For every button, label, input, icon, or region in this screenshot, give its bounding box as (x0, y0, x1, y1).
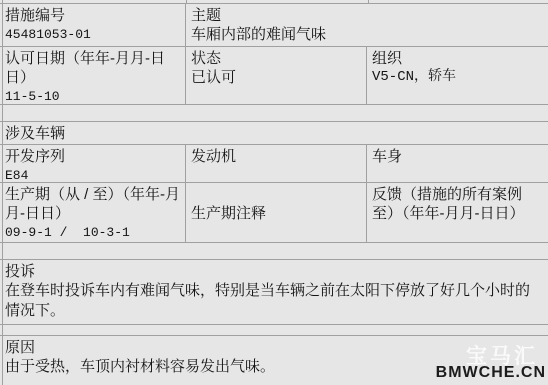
approval-date-label: 认可日期（年年-月月-日日） (5, 49, 181, 87)
section-gap (0, 325, 548, 335)
engine-label: 发动机 (191, 147, 362, 166)
complaint-label: 投诉 (5, 262, 544, 281)
table-row: 认可日期（年年-月月-日日） 11-5-10 状态 已认可 组织 V5-CN，轿… (0, 46, 548, 104)
complaint-text: 在登车时投诉车内有难闻气味，特别是当车辆之前在太阳下停放了好几个小时的情况下。 (5, 281, 544, 321)
dev-series-cell: 开发序列 E84 (0, 145, 186, 182)
dev-series-label: 开发序列 (5, 147, 181, 166)
measure-no-value: 45481053-01 (5, 25, 181, 44)
production-note-cell: 生产期注释 (186, 183, 367, 242)
status-value: 已认可 (191, 68, 362, 87)
watermark-site: BMWCHE.CN (436, 364, 546, 382)
production-period-label: 生产期（从 / 至）（年年-月月-日日） (5, 185, 181, 223)
engine-cell: 发动机 (186, 145, 367, 182)
gridline-stub (368, 0, 369, 3)
section-gap (0, 243, 548, 259)
feedback-label: 反馈（措施的所有案例至）（年年-月月-日日） (372, 185, 544, 223)
measure-document: 措施编号 45481053-01 主题 车厢内部的难闻气味 认可日期（年年-月月… (0, 0, 548, 385)
table-row: 涉及车辆 (0, 122, 548, 144)
subject-value: 车厢内部的难闻气味 (191, 25, 544, 44)
production-period-cell: 生产期（从 / 至）（年年-月月-日日） 09-9-1 / 10-3-1 (0, 183, 186, 242)
body-cell: 车身 (367, 145, 548, 182)
table-row: 措施编号 45481053-01 主题 车厢内部的难闻气味 (0, 4, 548, 46)
gridline-stub (186, 0, 187, 3)
measure-no-cell: 措施编号 45481053-01 (0, 4, 186, 46)
table-row: 开发序列 E84 发动机 车身 (0, 144, 548, 182)
organization-label: 组织 (372, 49, 544, 68)
production-period-value: 09-9-1 / 10-3-1 (5, 223, 181, 242)
production-note-label: 生产期注释 (191, 204, 362, 223)
measure-info-table: 措施编号 45481053-01 主题 车厢内部的难闻气味 认可日期（年年-月月… (0, 3, 548, 105)
subject-label: 主题 (191, 6, 544, 25)
affected-vehicles-header-cell: 涉及车辆 (0, 122, 548, 144)
body-label: 车身 (372, 147, 544, 166)
affected-vehicles-table: 涉及车辆 开发序列 E84 发动机 车身 生产期（从 / 至）（年年-月月-日日… (0, 121, 548, 243)
status-cell: 状态 已认可 (186, 47, 367, 104)
table-row: 生产期（从 / 至）（年年-月月-日日） 09-9-1 / 10-3-1 生产期… (0, 182, 548, 242)
organization-value: V5-CN，轿车 (372, 68, 544, 87)
affected-vehicles-header: 涉及车辆 (5, 124, 544, 143)
approval-date-value: 11-5-10 (5, 87, 181, 104)
approval-date-cell: 认可日期（年年-月月-日日） 11-5-10 (0, 47, 186, 104)
feedback-cell: 反馈（措施的所有案例至）（年年-月月-日日） (367, 183, 548, 242)
dev-series-value: E84 (5, 166, 181, 182)
organization-cell: 组织 V5-CN，轿车 (367, 47, 548, 104)
cause-label: 原因 (5, 338, 544, 357)
complaint-section: 投诉 在登车时投诉车内有难闻气味，特别是当车辆之前在太阳下停放了好几个小时的情况… (0, 259, 548, 325)
measure-no-label: 措施编号 (5, 6, 181, 25)
status-label: 状态 (191, 49, 362, 68)
subject-cell: 主题 车厢内部的难闻气味 (186, 4, 548, 46)
section-gap (0, 105, 548, 121)
